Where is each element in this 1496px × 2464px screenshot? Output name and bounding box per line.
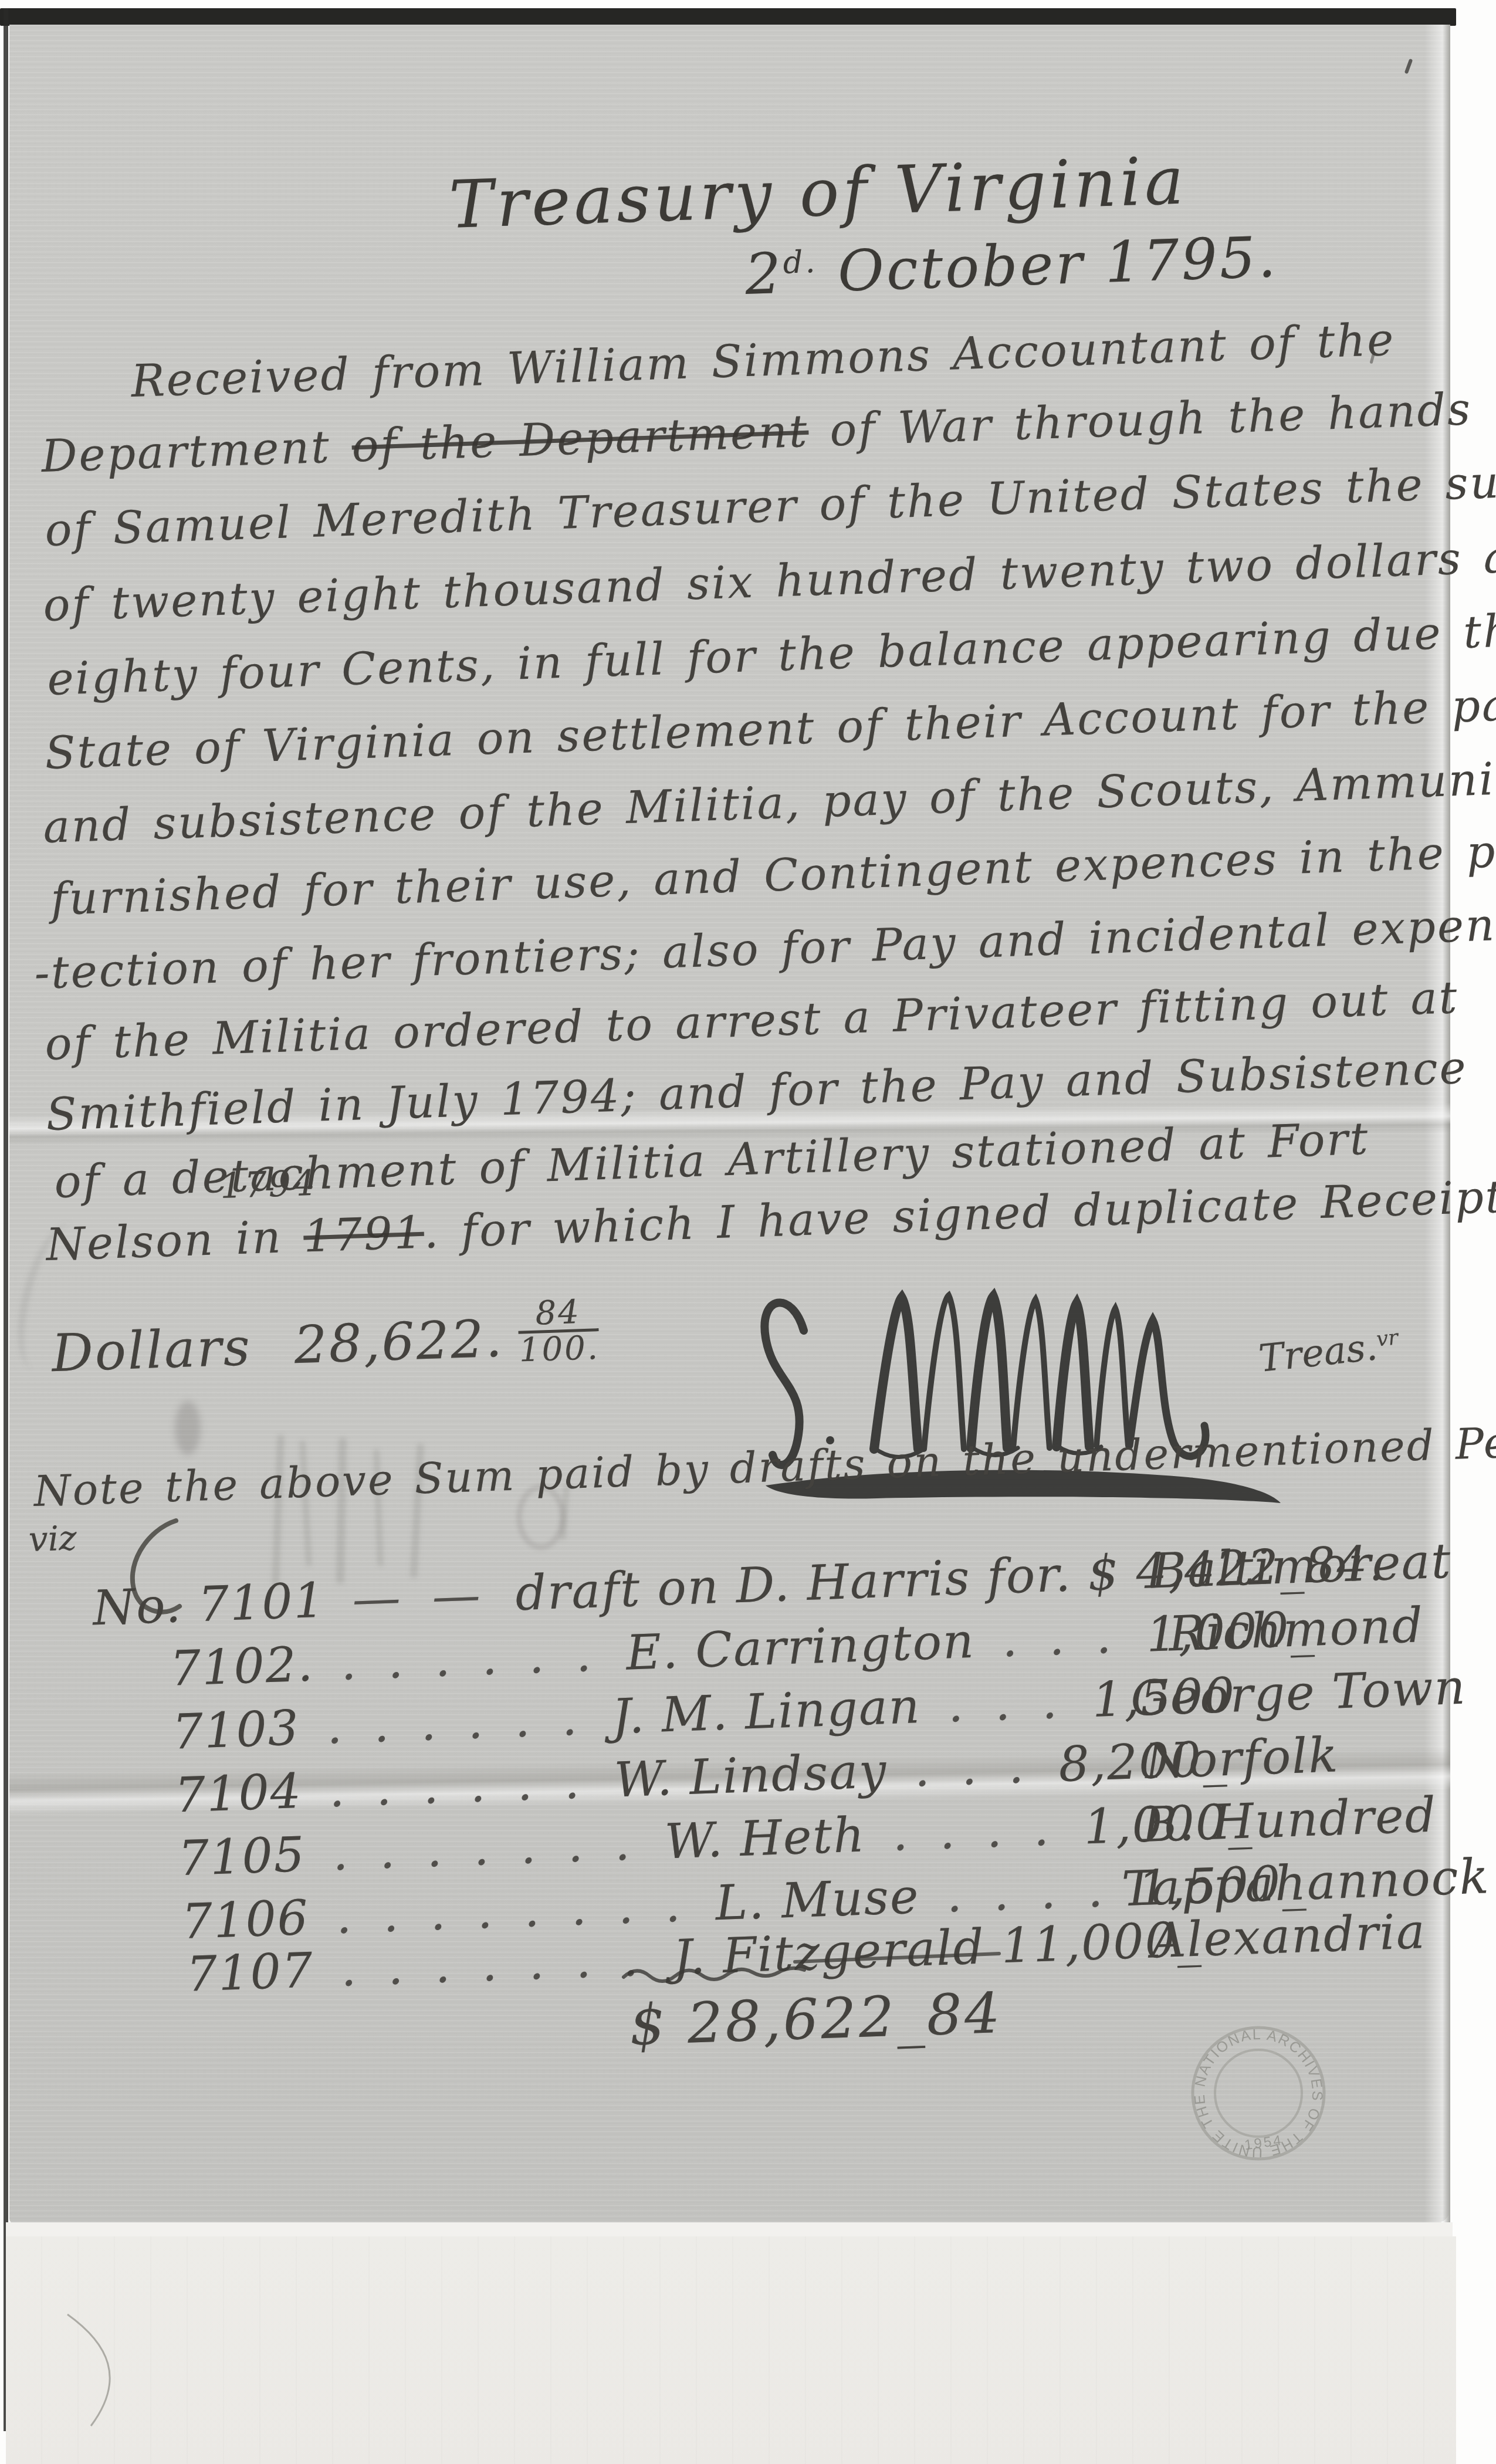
fraction-numerator: 84 [535, 1293, 581, 1333]
national-archives-stamp: THE NATIONAL ARCHIVES OF THE UNITED STAT… [1176, 2011, 1341, 2175]
drawee-name: J. M. Lingan [611, 1678, 922, 1745]
draft-number: No. 7101 [92, 1573, 327, 1637]
scanned-document: Treasury of Virginia 2d. October 1795. R… [0, 0, 1496, 2464]
cents-fraction: 84100. [517, 1296, 600, 1366]
leader-dots: . . . [1001, 1608, 1121, 1668]
total-line: $ 28,622_84 [628, 1981, 1003, 2058]
draft-place: Norfolk [1144, 1727, 1339, 1789]
draft-number: 7104 [174, 1764, 303, 1824]
fraction-denominator: 100. [519, 1329, 600, 1369]
total-amount: 28,622_84 [686, 1981, 1003, 2056]
leader-dots: . . . [947, 1674, 1067, 1734]
date-superscript: d. [783, 244, 818, 281]
total-rule [619, 1947, 1018, 1988]
leader-dots: . . . . [891, 1800, 1058, 1862]
drawee-name: W. Heth [664, 1807, 867, 1870]
draft-number: 7103 [172, 1700, 301, 1761]
draft-number: 7106 [181, 1890, 310, 1951]
at-word: at [1400, 1534, 1453, 1591]
draft-place: Alexandria [1150, 1904, 1427, 1969]
scanner-left-edge [4, 8, 8, 2431]
leader-dots: . . . . . . [328, 1754, 588, 1818]
draft-place: Richmond [1167, 1597, 1424, 1662]
draft-number: 7105 [177, 1827, 306, 1887]
inserted-year: 1794 [219, 1163, 317, 1207]
leader-dots: . . . . . . [340, 1626, 600, 1691]
leader-dots: . . . . . . . [340, 1931, 647, 1998]
drawee-name: W. Lindsay [614, 1743, 888, 1808]
leader-dots: . . . . . . [326, 1690, 586, 1755]
scanner-hair-scratch [56, 2309, 138, 2438]
draft-place: George Town [1130, 1660, 1467, 1727]
scanner-top-edge [0, 8, 1456, 26]
currency-sign: $ [1087, 1545, 1121, 1602]
leader-dots: . . . [913, 1738, 1033, 1798]
ink-showthrough-smudge [516, 1484, 566, 1550]
amount-value: 28,622. [293, 1308, 505, 1376]
leader-dots: . . . . [946, 1862, 1112, 1924]
body-text: . [423, 1206, 441, 1258]
leader-dots: . . . . . . . [331, 1815, 639, 1881]
total-currency-sign: $ [628, 1992, 668, 2058]
viz-label: viz [28, 1518, 77, 1559]
treas-superscript: vr [1375, 1325, 1399, 1352]
leader-dashes: — — [351, 1567, 489, 1627]
body-text: Department [40, 421, 331, 482]
paper-bottom-edge [6, 2222, 1453, 2238]
underlying-sheet [6, 2236, 1456, 2464]
date-day: 2 [744, 241, 784, 307]
draft-number: 7102. [170, 1636, 315, 1697]
draft-number: 7107 [185, 1942, 314, 2003]
amount-label: Dollars [51, 1316, 253, 1383]
struck-year: 1791 [303, 1206, 425, 1263]
draft-place: B. Hundred [1141, 1787, 1437, 1853]
ink-showthrough-smudge [175, 1401, 201, 1455]
draft-place: Baltimore [1150, 1535, 1402, 1600]
